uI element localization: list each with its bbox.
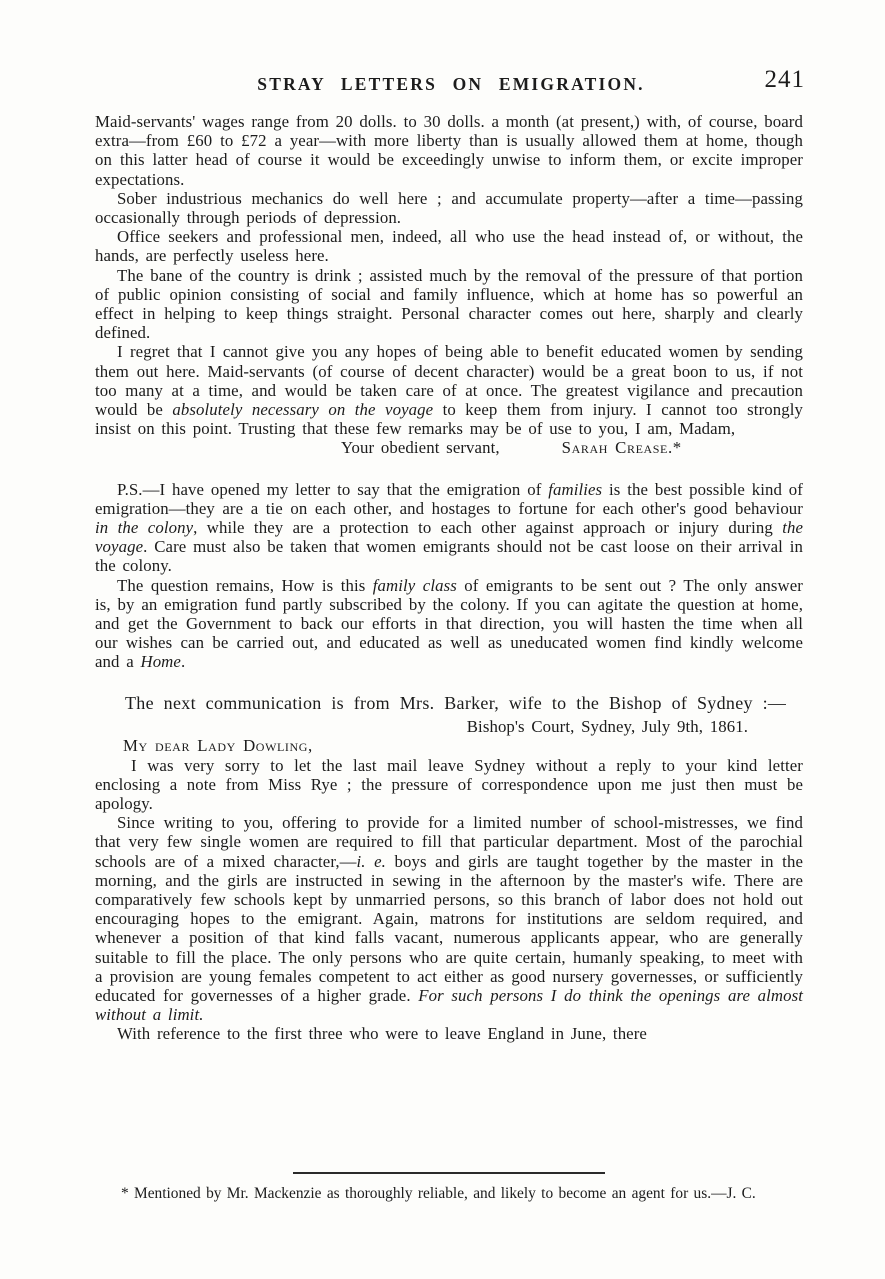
text-run-italic: absolutely necessary on the voyage [172,400,433,419]
editorial-note: The next communication is from Mrs. Bark… [95,692,803,715]
letter-dateline: Bishop's Court, Sydney, July 9th, 1861. [95,717,803,736]
text-run: P.S.—I have opened my letter to say that… [117,480,548,499]
text-run-italic: family class [373,576,457,595]
page-body: Maid-servants' wages range from 20 dolls… [95,112,803,1044]
text-run-italic: i. e. [357,852,386,871]
text-run-italic: families [548,480,602,499]
postscript-question-paragraph: The question remains, How is this family… [95,576,803,672]
running-head: STRAY LETTERS ON EMIGRATION. 241 [95,66,807,100]
text-run: boys and girls are taught together by th… [95,852,803,1005]
letter-salutation: My dear Lady Dowling, [95,736,803,755]
paragraph-bane-of-country: The bane of the country is drink ; assis… [95,266,803,343]
text-run: , while they are a protection to each ot… [193,518,782,537]
paragraph-sober-mechanics: Sober industrious mechanics do well here… [95,189,803,227]
text-run: The question remains, How is this [117,576,373,595]
page-number: 241 [765,66,806,94]
letter-signature: Sarah Crease.* [562,438,682,457]
paragraph-office-seekers: Office seekers and professional men, ind… [95,227,803,265]
footnote-divider [293,1172,605,1174]
footnote-text: * Mentioned by Mr. Mackenzie as thorough… [95,1184,803,1204]
paragraph-schoolmistresses: Since writing to you, offering to provid… [95,813,803,1024]
paragraph-maid-servants-wages: Maid-servants' wages range from 20 dolls… [95,112,803,189]
scanned-book-page: STRAY LETTERS ON EMIGRATION. 241 Maid-se… [0,0,885,1279]
paragraph-first-three: With reference to the first three who we… [95,1024,803,1043]
paragraph-sorry-last-mail: I was very sorry to let the last mail le… [95,756,803,814]
text-run-italic: in the colony [95,518,193,537]
letter-valediction-row: Your obedient servant, Sarah Crease.* [95,438,803,457]
footnote-block: * Mentioned by Mr. Mackenzie as thorough… [95,1172,803,1204]
text-run: . [181,652,185,671]
postscript-paragraph: P.S.—I have opened my letter to say that… [95,480,803,576]
valediction-text: Your obedient servant, [341,438,500,457]
page-header-title: STRAY LETTERS ON EMIGRATION. [257,74,644,95]
paragraph-regret-educated-women: I regret that I cannot give you any hope… [95,342,803,438]
text-run: . Care must also be taken that women emi… [95,537,803,575]
text-run-italic: Home [140,652,180,671]
